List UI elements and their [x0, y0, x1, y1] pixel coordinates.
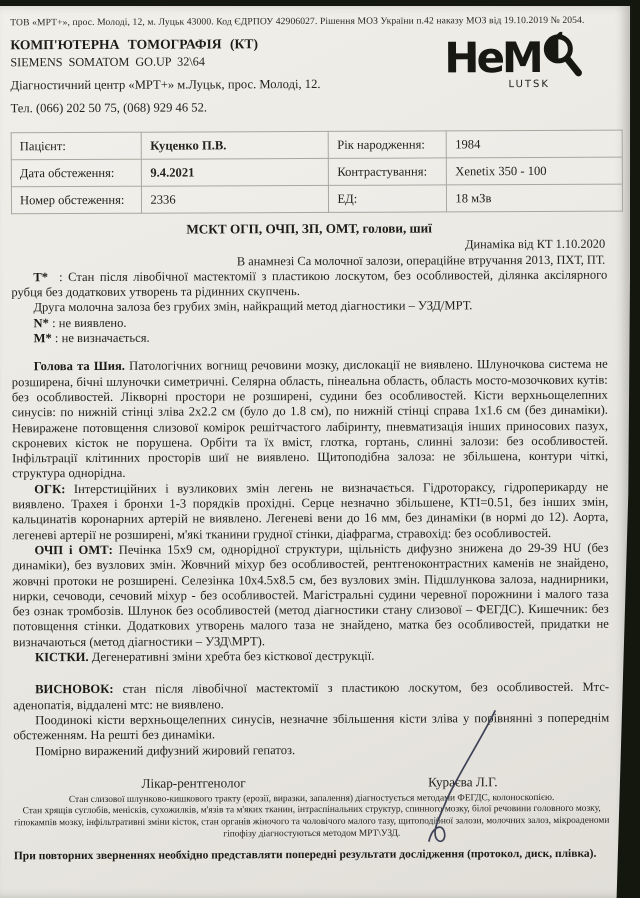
- bones-text: Дегенеративні зміни хребта без кісткової…: [89, 649, 375, 664]
- fine-print-line-2: Стан хрящів суглобів, менісків, сухожилк…: [14, 804, 610, 841]
- magnifier-icon: [541, 32, 585, 83]
- exam-date-value: 9.4.2021: [142, 158, 329, 186]
- exam-number-value: 2336: [142, 185, 329, 213]
- patient-info-table: Пацієнт: Куценко П.В. Рік народження: 19…: [11, 130, 623, 215]
- table-row: Дата обстеження: 9.4.2021 Контрастування…: [11, 157, 622, 187]
- report-content: ТОВ «МРТ+», прос. Молоді, 12, м. Луцьк 4…: [0, 5, 624, 863]
- dose-label: ЕД:: [329, 185, 447, 213]
- dose-value: 18 мЗв: [447, 184, 623, 212]
- n-stage-lead: N*: [33, 316, 48, 330]
- paragraph-conclusion-hepatosis: Помірно виражений дифузний жировий гепат…: [13, 741, 609, 759]
- doctor-name: Кураєва Л.Г.: [428, 774, 497, 790]
- contrast-label: Контрастування:: [329, 158, 447, 186]
- paragraph-chest: ОГК: Інтерстиційних і вузликових змін ле…: [12, 479, 608, 543]
- study-heading: МСКТ ОГП, ОЧП, ЗП, ОМТ, голови, шиї: [11, 220, 607, 238]
- birth-year-label: Рік народження:: [329, 131, 447, 159]
- patient-name-value: Куценко П.В.: [142, 131, 329, 159]
- table-row: Пацієнт: Куценко П.В. Рік народження: 19…: [11, 130, 622, 160]
- doctor-title: Лікар-рентгенолог: [141, 775, 245, 791]
- abdomen-pelvis-lead: ОЧП і ОМТ:: [34, 543, 112, 557]
- patient-label: Пацієнт:: [11, 132, 142, 160]
- doctor-signature-line: Лікар-рентгенолог Кураєва Л.Г.: [13, 773, 609, 792]
- phone-line: Тел. (066) 202 50 75, (068) 929 46 52.: [11, 99, 607, 117]
- paragraph-conclusion-sinuses: Поодинокі кісти верхньощелепних синусів,…: [13, 711, 609, 744]
- exam-date-label: Дата обстеження:: [11, 159, 142, 187]
- head-neck-lead: Голова та Шия.: [34, 359, 125, 373]
- document-photo: ТОВ «МРТ+», прос. Молоді, 12, м. Луцьк 4…: [0, 0, 640, 898]
- n-stage-text: : не виявлено.: [49, 316, 127, 330]
- exam-number-label: Номер обстеження:: [11, 186, 142, 214]
- report-body: МСКТ ОГП, ОЧП, ЗП, ОМТ, голови, шиї Дина…: [11, 220, 609, 759]
- bones-lead: КІСТКИ.: [35, 650, 89, 664]
- nemo-logo: НеМ LUTSK: [444, 32, 594, 91]
- logo-wordmark: НеМ: [444, 37, 541, 77]
- paragraph-head-neck: Голова та Шия. Патологічних вогнищ речов…: [12, 357, 609, 482]
- diagnostic-methods-fine-print: Стан слизової шлунково-кишкового тракту …: [14, 792, 610, 841]
- table-row: Номер обстеження: 2336 ЕД: 18 мЗв: [11, 184, 622, 214]
- birth-year-value: 1984: [447, 130, 623, 158]
- paragraph-conclusion: ВИСНОВОК: стан після лівобічної мастекто…: [13, 680, 609, 713]
- t-stage-lead: Т*: [33, 270, 48, 284]
- paragraph-abdomen-pelvis: ОЧП і ОМТ: Печінка 15х9 см, однорідної с…: [12, 541, 608, 651]
- head-neck-text: Патологічних вогнищ речовини мозку, дисл…: [12, 357, 608, 481]
- registration-line: ТОВ «МРТ+», прос. Молоді, 12, м. Луцьк 4…: [10, 15, 606, 29]
- m-stage-lead: М*: [34, 331, 52, 345]
- paragraph-t-stage: Т* : Стан після лівобічної мастектомії з…: [11, 268, 607, 301]
- conclusion-lead: ВИСНОВОК:: [35, 682, 113, 696]
- m-stage-text: : не визначається.: [52, 331, 150, 345]
- t-stage-text: : Стан після лівобічної мастектомії з пл…: [11, 268, 607, 300]
- contrast-value: Xenetix 350 - 100: [447, 157, 623, 185]
- chest-lead: ОГК:: [34, 482, 65, 496]
- chest-text: Інтерстиційних і вузликових змін легень …: [12, 479, 608, 541]
